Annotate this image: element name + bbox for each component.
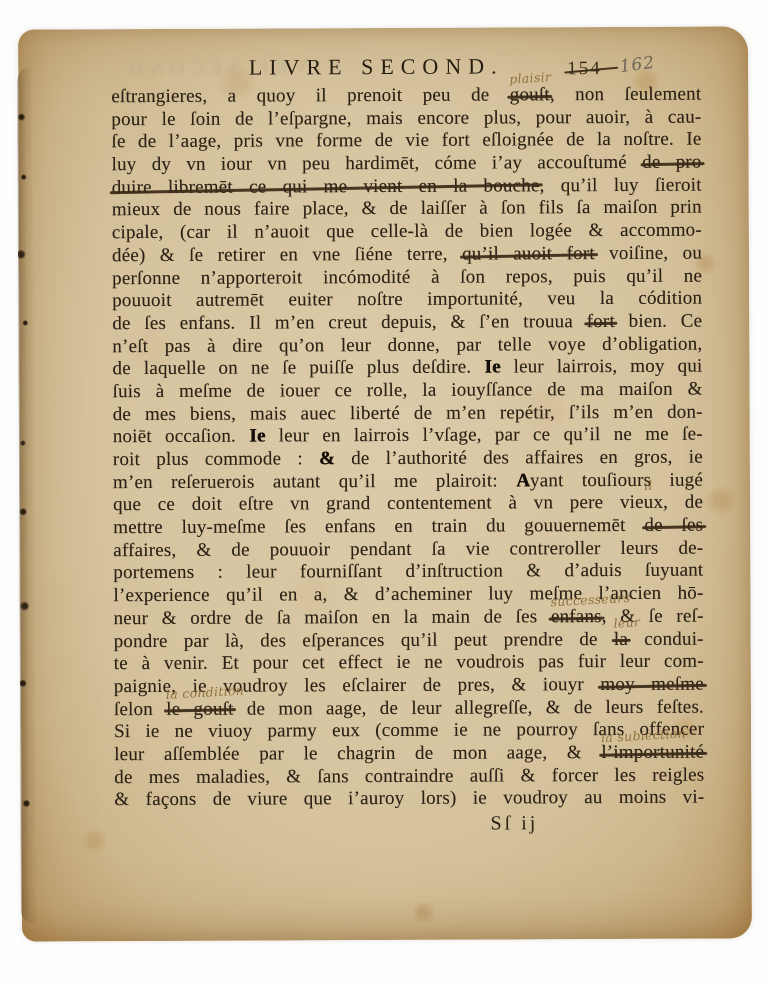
page-binding-edge xyxy=(17,66,37,923)
struck-text: l’importunitéla subiection xyxy=(601,742,704,763)
print-text: pour le ſoin de l’eſpargne, mais encore … xyxy=(111,106,701,130)
print-text: voiſine, ou xyxy=(595,242,702,263)
text-block: eſtrangieres, a quoy il prenoit peu de g… xyxy=(111,84,704,838)
struck-text: moy meſme xyxy=(600,673,704,694)
print-text: portemens : leur fourniſſant d’inſtructi… xyxy=(113,560,703,584)
text-line: mettre luy-meſme ſes enfans en train du … xyxy=(113,515,703,540)
hand-overwritten-text: Ie xyxy=(484,357,500,378)
running-header: LIVRE SECOND. 154 162 xyxy=(111,53,701,88)
text-line: & façons de viure que i’auroy lors) ie v… xyxy=(114,787,704,812)
text-line: noiēt occaſion. Ie leur en lairrois l’vſ… xyxy=(113,424,703,449)
page-number-area: 154 162 xyxy=(567,58,656,80)
print-text: cipale, (car il n’auoit que celle-là de … xyxy=(112,220,702,244)
text-line: pondre par là, des eſperances qu’il peut… xyxy=(114,628,704,653)
print-text: ſuis à meſme de iouer ce rolle, la iouyſ… xyxy=(113,379,703,403)
print-text: mieux de nous faire place, & de laiſſer … xyxy=(112,197,702,221)
print-text: leur en lairrois l’vſage, par ce qu’il n… xyxy=(265,424,702,447)
text-line: de laquelle on ne ſe puiſſe plus deſdire… xyxy=(112,356,702,381)
struck-text: le gouſtla condition xyxy=(166,698,233,719)
struck-text: laleur xyxy=(614,628,628,649)
print-text: leur aſſemblée par le chagrin de mon aag… xyxy=(114,742,601,765)
print-text: bien. Ce xyxy=(615,310,702,331)
text-line: leur aſſemblée par le chagrin de mon aag… xyxy=(114,742,704,767)
print-text: affaires, & de pouuoir pendant ſa vie co… xyxy=(113,537,703,561)
struck-text: fort xyxy=(587,311,615,332)
text-line: que ce doit eſtre vn grand contentement … xyxy=(113,492,703,517)
print-text: ſelon xyxy=(114,699,166,720)
print-text: te à venir. Et pour cet effect ie ne vou… xyxy=(114,651,704,675)
hand-annotation: il xyxy=(643,480,652,493)
print-text: roit plus commode : xyxy=(113,448,319,470)
print-text: condui- xyxy=(628,628,704,649)
struck-text: duire libremēt ce qui me vient en la bou… xyxy=(112,175,540,198)
hand-overwritten-text: & xyxy=(319,448,335,469)
print-text: pouuoit autremēt euiter noſtre importuni… xyxy=(112,288,702,312)
text-line: mieux de nous faire place, & de laiſſer … xyxy=(112,197,702,222)
text-line: eſtrangieres, a quoy il prenoit peu de g… xyxy=(111,84,701,109)
print-text: , de xyxy=(663,492,703,513)
text-line: perſonne n’apporteroit incómodité à ſon … xyxy=(112,265,702,290)
text-line: portemens : leur fourniſſant d’inſtructi… xyxy=(113,560,703,585)
print-text: de laquelle on ne ſe puiſſe plus deſdire… xyxy=(112,357,484,380)
struck-text: de pro xyxy=(642,152,702,173)
print-text: yant touſiours iugé xyxy=(530,469,703,491)
print-text: neur & ordre de ſa maiſon en la main de … xyxy=(114,606,551,629)
print-text: noiēt occaſion. xyxy=(113,426,250,448)
struck-text: gouſtplaisir xyxy=(510,84,550,105)
hand-annotation: plaisir xyxy=(509,71,552,86)
text-line: pour le ſoin de l’eſpargne, mais encore … xyxy=(111,106,701,131)
print-text: dée) & ſe retirer en vne ſiéne terre, xyxy=(112,243,462,266)
print-text: uxil xyxy=(644,492,663,513)
print-text: que ce doit eſtre vn grand contentement … xyxy=(113,492,644,515)
hand-annotation: la subiection xyxy=(601,727,686,744)
text-line: ſuis à meſme de iouer ce rolle, la iouyſ… xyxy=(113,379,703,404)
text-line: de mes maladies, & ſans contraindre auſſ… xyxy=(114,764,704,789)
text-line: affaires, & de pouuoir pendant ſa vie co… xyxy=(113,537,703,562)
text-line: ſelon le gouſtla condition de mon aage, … xyxy=(114,696,704,721)
struck-text: qu’il auoit fort xyxy=(462,243,595,265)
hand-overwritten-text: A xyxy=(516,470,530,491)
print-text: n’eſt pas à dire qu’on leur donne, par t… xyxy=(112,333,702,357)
print-text: & façons de viure que i’auroy lors) ie v… xyxy=(114,787,704,811)
print-text: , qu’il luy ſieroit xyxy=(540,174,702,196)
print-text: , non ſeulement xyxy=(550,84,702,106)
text-line: luy dy vn iour vn peu hardimēt, cóme i’a… xyxy=(112,152,702,177)
print-text: de mon aage, de leur allegreſſe, & de le… xyxy=(234,696,704,719)
print-text: eſtrangieres, a quoy il prenoit peu de xyxy=(111,84,510,107)
print-text: de l’authorité des affaires en gros, ie xyxy=(335,447,703,470)
book-page: LIVRE SECOND LIVRE SECOND. 154 162 eſtra… xyxy=(18,26,752,941)
text-line: te à venir. Et pour cet effect ie ne vou… xyxy=(114,651,704,676)
print-text: leur lairrois, moy qui xyxy=(501,356,703,378)
hand-overwritten-text: Ie xyxy=(249,426,265,447)
text-line: roit plus commode : & de l’authorité des… xyxy=(113,447,703,472)
text-line: dée) & ſe retirer en vne ſiéne terre, qu… xyxy=(112,242,702,267)
struck-text: de ſes xyxy=(644,515,703,536)
text-line: cipale, (car il n’auoit que celle-là de … xyxy=(112,220,702,245)
print-text: m’en reſeruerois autant qu’il me plairoi… xyxy=(113,470,516,493)
text-line: duire libremēt ce qui me vient en la bou… xyxy=(112,174,702,199)
print-text: pondre par là, des eſperances qu’il peut… xyxy=(114,629,614,652)
print-text: de mes maladies, & ſans contraindre auſſ… xyxy=(114,764,704,788)
hand-annotation: la condition xyxy=(166,684,245,701)
lines-container: eſtrangieres, a quoy il prenoit peu de g… xyxy=(111,84,704,813)
struck-text: enfanssuccesseurs xyxy=(551,606,602,627)
text-line: m’en reſeruerois autant qu’il me plairoi… xyxy=(113,469,703,494)
text-line: pouuoit autremēt euiter noſtre importuni… xyxy=(112,288,702,313)
text-line: n’eſt pas à dire qu’on leur donne, par t… xyxy=(112,333,702,358)
signature-mark: Sſ ij xyxy=(490,812,704,836)
print-text: mettre luy-meſme ſes enfans en train du … xyxy=(113,515,644,538)
text-line: ſe de l’aage, pris vne forme de vie fort… xyxy=(111,129,701,154)
print-text: de mes biens, mais auec liberté de m’en … xyxy=(113,401,703,425)
print-text: perſonne n’apporteroit incómodité à ſon … xyxy=(112,265,702,289)
handwritten-page-number: 162 xyxy=(619,53,657,77)
print-text: ſe de l’aage, pris vne forme de vie fort… xyxy=(111,129,701,153)
text-line: de ſes enfans. Il m’en creut depuis, & ſ… xyxy=(112,310,702,335)
text-line: de mes biens, mais auec liberté de m’en … xyxy=(113,401,703,426)
hand-annotation: leur xyxy=(613,616,640,630)
photo-background: LIVRE SECOND LIVRE SECOND. 154 162 eſtra… xyxy=(0,0,768,986)
print-text: luy dy vn iour vn peu hardimēt, cóme i’a… xyxy=(112,152,643,175)
printed-page-number: 154 xyxy=(567,58,602,80)
print-text: de ſes enfans. Il m’en creut depuis, & ſ… xyxy=(112,311,586,334)
